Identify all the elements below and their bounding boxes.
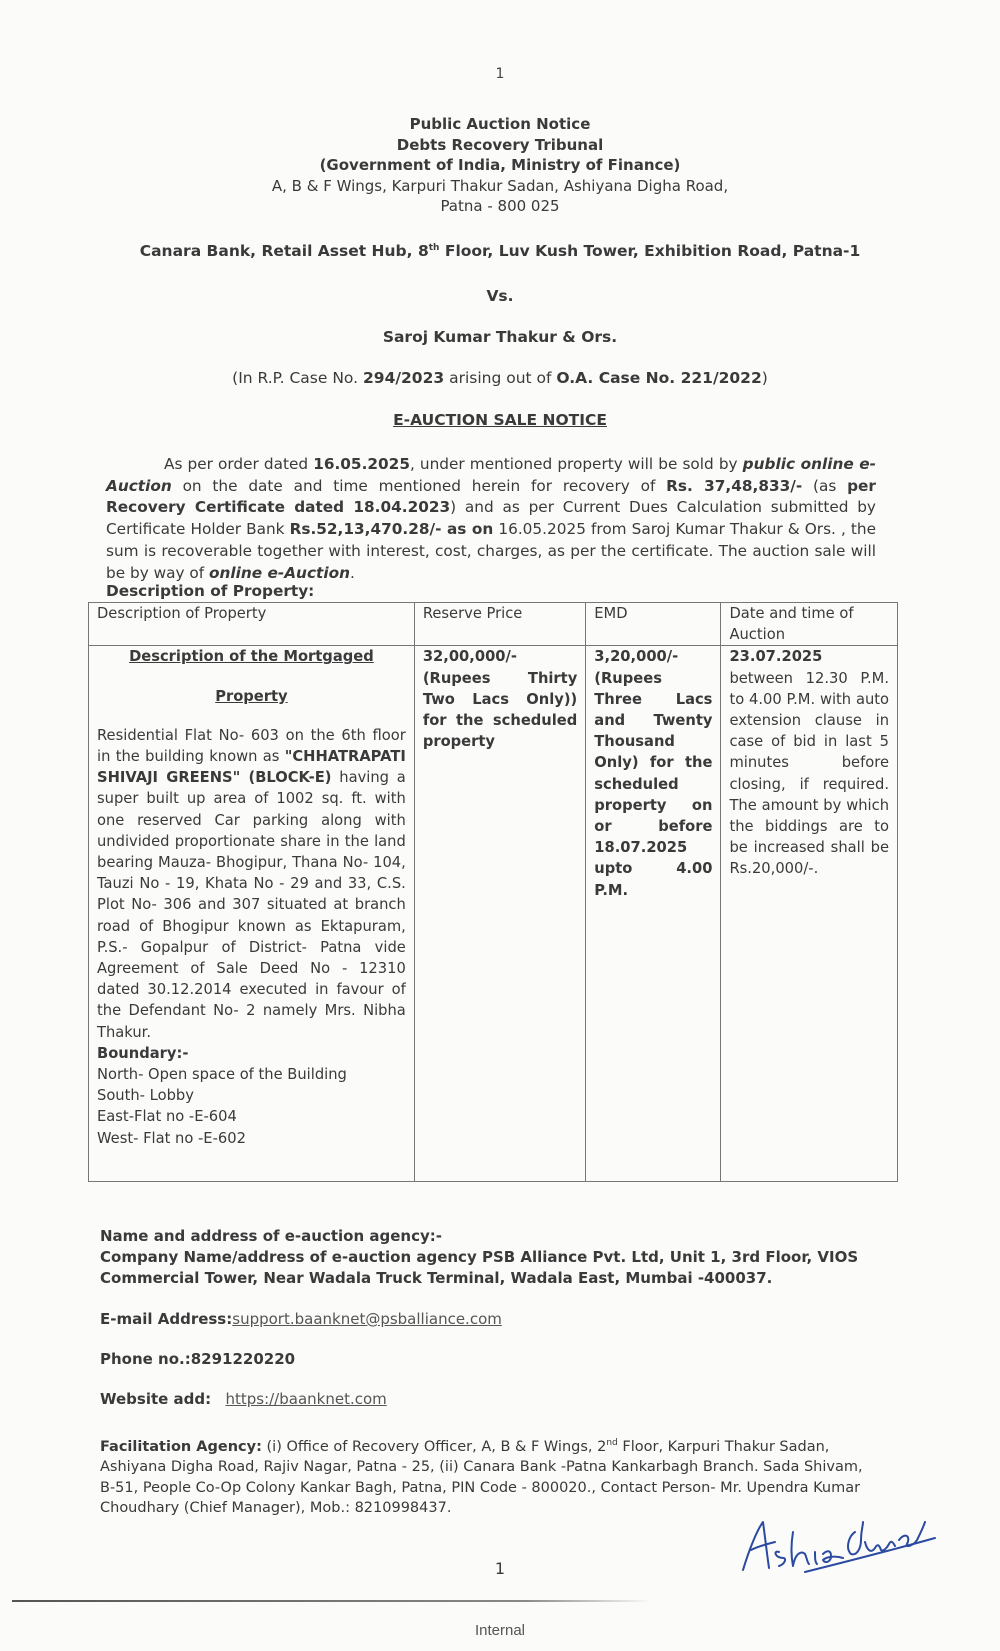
table-header-row: Description of Property Reserve Price EM… [89,603,898,646]
header-emd: EMD [586,603,721,646]
applicant-bank: Canara Bank, Retail Asset Hub, 8th Floor… [0,242,1000,260]
website-label: Website add: [100,1390,211,1408]
header-description: Description of Property [89,603,415,646]
header-auction-date: Date and time of Auction [721,603,898,646]
boundary-west: West- Flat no -E-602 [97,1128,406,1149]
phone-number: 8291220220 [191,1350,295,1368]
notice-heading: Public Auction Notice [0,114,1000,135]
boundary-east: East-Flat no -E-604 [97,1106,406,1127]
case-reference: (In R.P. Case No. 294/2023 arising out o… [0,369,1000,387]
email-line: E-mail Address:support.baanknet@psballia… [100,1310,502,1328]
tribunal-city: Patna - 800 025 [0,196,1000,217]
defendant: Saroj Kumar Thakur & Ors. [0,328,1000,346]
property-details: Residential Flat No- 603 on the 6th floo… [97,725,406,1043]
page-number-top: 1 [0,66,1000,82]
agency-details: Company Name/address of e-auction agency… [100,1247,890,1289]
intro-paragraph: As per order dated 16.05.2025, under men… [106,454,876,584]
reserve-price-cell: 32,00,000/- (Rupees Thirty Two Lacs Only… [414,646,585,1182]
boundary-north: North- Open space of the Building [97,1064,406,1085]
tribunal-name: Debts Recovery Tribunal [0,135,1000,156]
header-reserve-price: Reserve Price [414,603,585,646]
email-link[interactable]: support.baanknet@psballiance.com [232,1310,502,1328]
table-row: Description of the Mortgaged Property Re… [89,646,898,1182]
tribunal-address: A, B & F Wings, Karpuri Thakur Sadan, As… [0,176,1000,197]
boundary-south: South- Lobby [97,1085,406,1106]
description-label: Description of Property: [106,582,314,600]
agency-label: Name and address of e-auction agency:- [100,1226,890,1247]
property-table: Description of Property Reserve Price EM… [88,602,898,1182]
sale-notice-title: E-AUCTION SALE NOTICE [0,411,1000,429]
boundary-label: Boundary:- [97,1043,406,1064]
auction-date-cell: 23.07.2025 between 12.30 P.M. to 4.00 P.… [721,646,898,1182]
government-line: (Government of India, Ministry of Financ… [0,155,1000,176]
auction-agency: Name and address of e-auction agency:- C… [100,1226,890,1289]
emd-cell: 3,20,000/- (Rupees Three Lacs and Twenty… [586,646,721,1182]
mortgaged-title-1: Description of the Mortgaged [97,646,406,667]
website-link[interactable]: https://baanknet.com [225,1390,386,1408]
website-line: Website add: https://baanknet.com [100,1390,387,1408]
phone-line: Phone no.:8291220220 [100,1350,295,1368]
versus: Vs. [0,287,1000,305]
page-number-bottom: 1 [0,1559,1000,1578]
notice-header: Public Auction Notice Debts Recovery Tri… [0,114,1000,217]
phone-label: Phone no.: [100,1350,191,1368]
email-label: E-mail Address: [100,1310,232,1328]
footer-divider [12,1600,652,1602]
mortgaged-title-2: Property [97,686,406,707]
property-description-cell: Description of the Mortgaged Property Re… [89,646,415,1182]
classification-label: Internal [0,1622,1000,1639]
auction-notice-page: 1 Public Auction Notice Debts Recovery T… [0,0,1000,1651]
